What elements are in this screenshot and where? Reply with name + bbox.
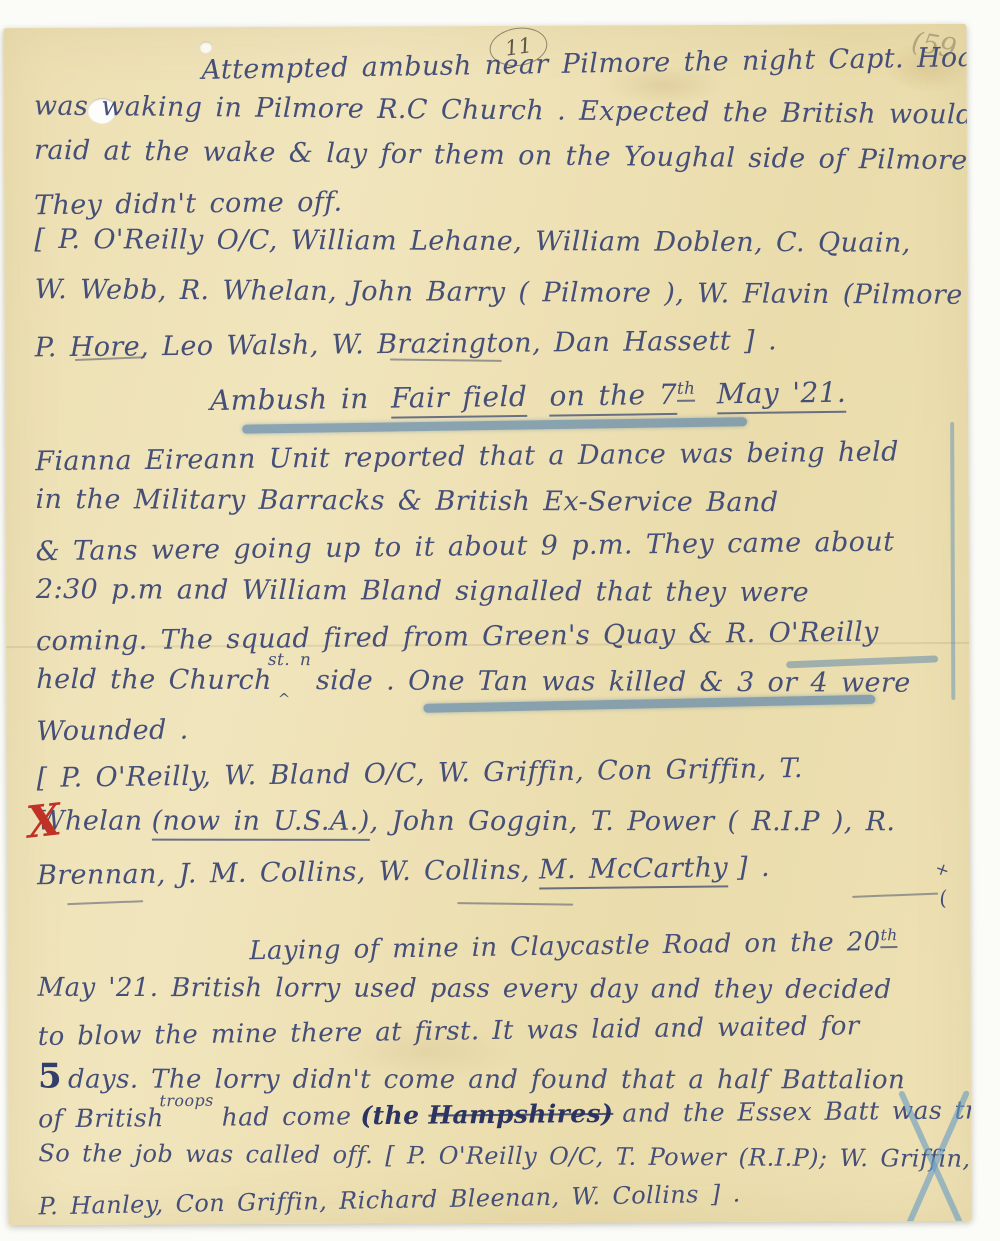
handwritten-line: to blow the mine there at first. It was … xyxy=(38,1012,961,1066)
crayon-underline-heading xyxy=(242,417,747,433)
handwritten-text: Brennan, J. M. Collins, W. Collins, xyxy=(37,855,530,892)
paragraph-fairfield-ambush: Fianna Eireann Unit reported that a Danc… xyxy=(35,441,959,760)
heading-text: on the 7 xyxy=(549,378,677,417)
inserted-text: st. n xyxy=(268,652,311,669)
heading-superscript: th xyxy=(677,378,696,402)
paragraph-attempted-ambush: Attempted ambush near Pilmore the night … xyxy=(34,50,958,234)
handwritten-line: W. Webb, R. Whelan, John Barry ( Pilmore… xyxy=(34,276,957,333)
handwritten-text-struck: Hampshires) xyxy=(428,1099,613,1130)
paragraph-claycastle-mine: Laying of mine in Claycastle Road on the… xyxy=(37,932,961,1225)
caret-mark: ^ xyxy=(278,692,291,707)
red-x-mark: X xyxy=(25,798,64,845)
paragraph-fairfield-names: [ P. O'Reilly, W. Bland O/C, W. Griffin,… xyxy=(37,757,961,908)
handwritten-superscript: th xyxy=(880,926,897,948)
insertion-above-line: st. n^ xyxy=(272,688,316,689)
manuscript-paper: 11 (59 Attempted ambush near Pilmore the… xyxy=(3,24,971,1225)
inserted-text: troops xyxy=(159,1093,213,1110)
section-heading: Ambush in Fair field on the 7th May '21. xyxy=(210,378,856,416)
handwritten-line: P. Hanley, Con Griffin, Richard Bleenan,… xyxy=(38,1177,962,1225)
handwritten-line: Whelan(now in U.S.A.), John Goggin, T. P… xyxy=(37,808,960,858)
insertion-above-line: troops xyxy=(164,1125,222,1127)
handwritten-text-underlined: (now in U.S.A.) xyxy=(152,806,370,841)
heading-text: May '21. xyxy=(716,376,846,415)
heading-text: Ambush in xyxy=(210,382,369,417)
handwritten-text-overwritten: (the xyxy=(360,1101,419,1131)
handwritten-text-underlined: M. McCarthy xyxy=(539,852,729,889)
handwritten-text: Laying of mine in Claycastle Road on the… xyxy=(249,927,881,966)
handwritten-line: [ P. O'Reilly O/C, William Lehane, Willi… xyxy=(34,226,957,281)
handwritten-text: of British xyxy=(38,1103,164,1133)
handwritten-text: ] . xyxy=(737,852,770,883)
handwritten-text: side . One Tan was killed & 3 or 4 were xyxy=(316,665,911,699)
handwritten-bold-digit: 5 xyxy=(38,1057,62,1097)
handwritten-text: held the Church xyxy=(36,664,272,696)
handwritten-text: , John Goggin, T. Power ( R.I.P ), R. xyxy=(370,806,896,837)
blue-x-mark xyxy=(892,1090,972,1225)
punch-hole xyxy=(199,41,212,53)
handwritten-text: had come xyxy=(222,1101,352,1131)
heading-text-underlined: Fair field xyxy=(391,380,528,419)
